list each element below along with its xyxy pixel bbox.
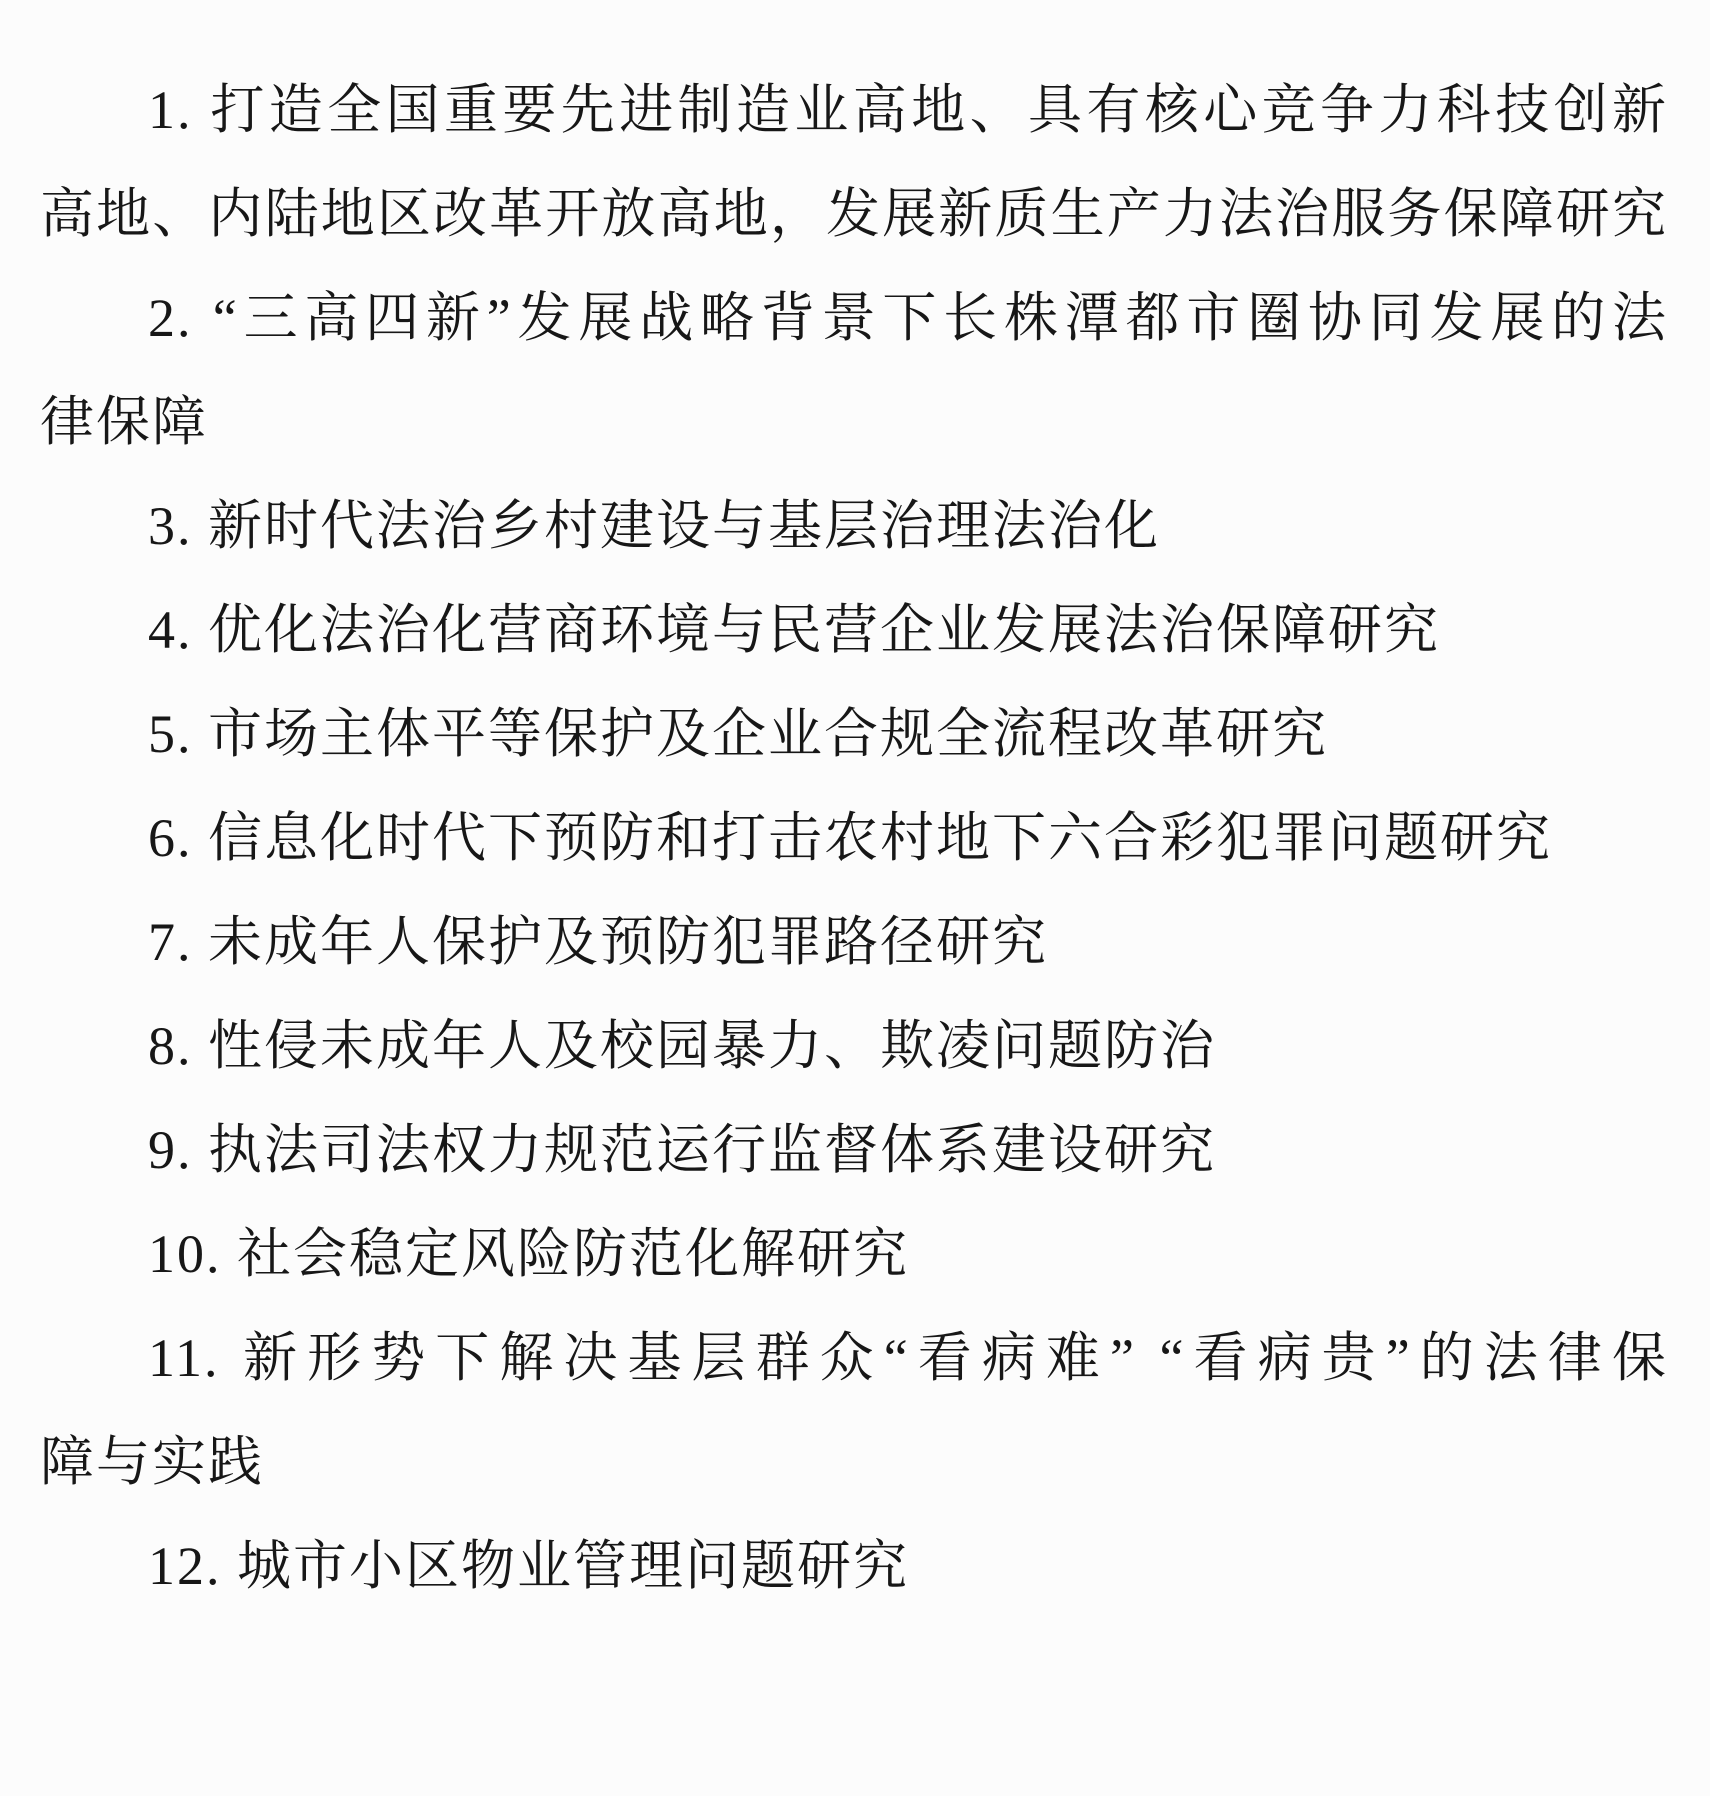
topic-11-line-1: 11. 新形势下解决基层群众“看病难” “看病贵”的法律保 — [40, 1306, 1668, 1410]
topic-7-line-1: 7. 未成年人保护及预防犯罪路径研究 — [40, 890, 1668, 994]
topic-8-line-1: 8. 性侵未成年人及校园暴力、欺凌问题防治 — [40, 994, 1668, 1098]
topic-12-line-1: 12. 城市小区物业管理问题研究 — [40, 1514, 1668, 1618]
topic-11-line-2: 障与实践 — [40, 1410, 1668, 1514]
topic-9-line-1: 9. 执法司法权力规范运行监督体系建设研究 — [40, 1098, 1668, 1202]
topic-4-line-1: 4. 优化法治化营商环境与民营企业发展法治保障研究 — [40, 578, 1668, 682]
topic-3-line-1: 3. 新时代法治乡村建设与基层治理法治化 — [40, 474, 1668, 578]
topic-2-line-2: 律保障 — [40, 370, 1668, 474]
topic-6-line-1: 6. 信息化时代下预防和打击农村地下六合彩犯罪问题研究 — [40, 786, 1668, 890]
topic-10-line-1: 10. 社会稳定风险防范化解研究 — [40, 1202, 1668, 1306]
document-page: 1. 打造全国重要先进制造业高地、具有核心竞争力科技创新 高地、内陆地区改革开放… — [0, 0, 1710, 1796]
topic-1-line-2: 高地、内陆地区改革开放高地，发展新质生产力法治服务保障研究 — [40, 162, 1668, 266]
topic-2-line-1: 2. “三高四新”发展战略背景下长株潭都市圈协同发展的法 — [40, 266, 1668, 370]
topic-1-line-1: 1. 打造全国重要先进制造业高地、具有核心竞争力科技创新 — [40, 58, 1668, 162]
topic-5-line-1: 5. 市场主体平等保护及企业合规全流程改革研究 — [40, 682, 1668, 786]
